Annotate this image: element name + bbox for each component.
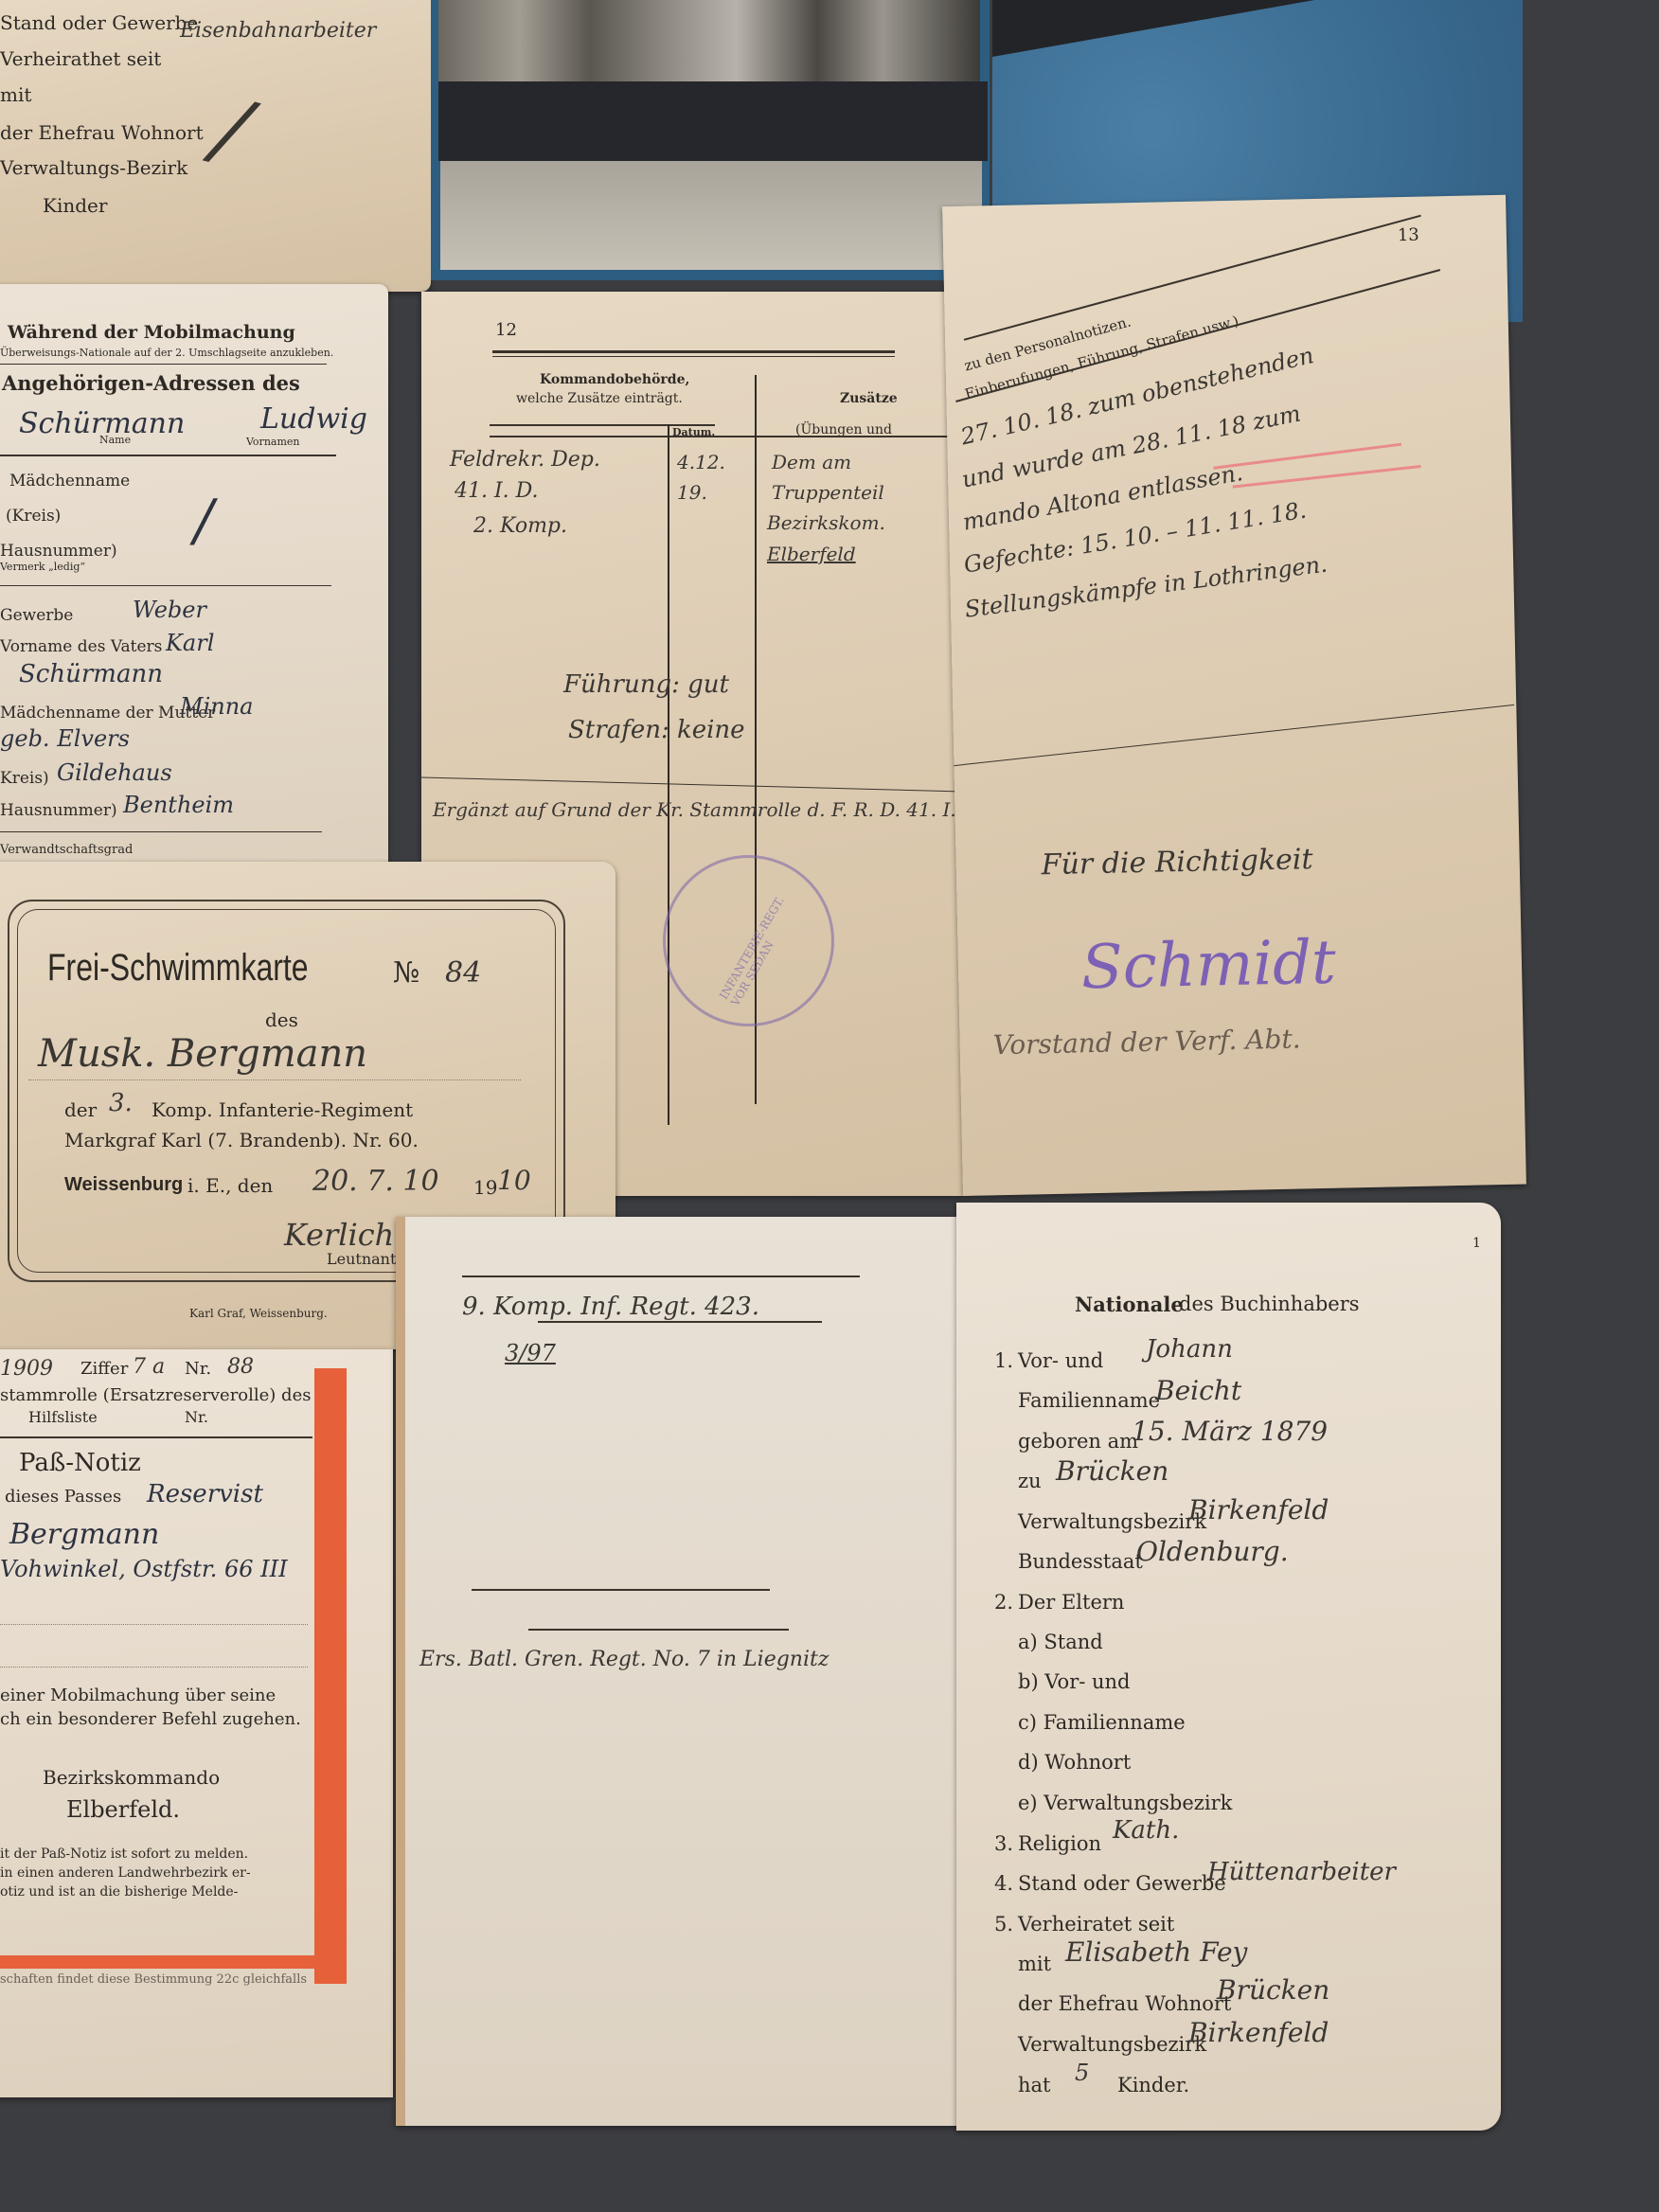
certification: Für die Richtigkeit <box>1041 843 1313 882</box>
field-label: Religion <box>1018 1832 1101 1855</box>
field-label: Bundesstaat <box>1018 1550 1143 1573</box>
mobil-field-label: (Kreis) <box>6 507 61 526</box>
mobil-field-value: geb. Elvers <box>0 725 130 752</box>
field-label: Vor- und <box>1018 1349 1103 1372</box>
mobil-field-value: Schürmann <box>19 660 163 688</box>
field-value: Elisabeth Fey <box>1065 1936 1247 1968</box>
authority-line: Bezirkskommando <box>43 1766 220 1789</box>
red-underline <box>1213 443 1401 470</box>
number-label: № <box>393 956 419 990</box>
field-value: Birkenfeld <box>1188 1494 1329 1525</box>
field-label: e) Verwaltungsbezirk <box>1018 1792 1232 1814</box>
footer-line: schaften findet diese Bestimmung 22c gle… <box>0 1972 307 1987</box>
red-underline <box>1233 465 1421 489</box>
photo-lower-part <box>440 161 982 270</box>
mobil-field-label: Verwandtschaftsgrad <box>0 843 133 857</box>
field-label: c) Familienname <box>1018 1711 1186 1734</box>
field-verheirathet-label: Verheirathet seit <box>0 47 161 70</box>
place-bold: Weissenburg <box>64 1174 183 1196</box>
mobil-field-value: Bentheim <box>123 792 234 818</box>
mobil-field-label: Mädchenname <box>9 472 130 491</box>
des-label: des <box>265 1008 298 1031</box>
inhaber-value: Bergmann <box>9 1518 159 1551</box>
field-label: mit <box>1018 1953 1051 1975</box>
page-13: 13 zu den Personalnotizen. Einberufungen… <box>942 195 1526 1196</box>
hilfsliste-nr: Nr. <box>185 1408 208 1426</box>
field-label: Verwaltungsbezirk <box>1018 1510 1206 1533</box>
col3-header-bold: Zusätze <box>840 391 898 406</box>
orange-border-vertical <box>314 1368 347 1984</box>
field-label: Der Eltern <box>1018 1591 1124 1614</box>
regiment-stamp: INFANTERIE-REGT. VOR SEDAN <box>663 855 834 1026</box>
stammrolle-line: stammrolle (Ersatzreserverolle) des <box>0 1385 311 1405</box>
mobil-name-caption: Name <box>99 434 131 446</box>
field-label: b) Vor- und <box>1018 1670 1131 1693</box>
field-label: Verheiratet seit <box>1018 1913 1174 1935</box>
field-label: zu <box>1018 1470 1042 1492</box>
inhaber-label: dieses Passes <box>5 1487 121 1507</box>
signature-caption: Vorstand der Verf. Abt. <box>992 1024 1301 1061</box>
year-value: 1909 <box>0 1357 53 1381</box>
field-stand-value: Eisenbahnarbeiter <box>180 19 376 43</box>
regiment-line-1: Komp. Infanterie-Regiment <box>152 1098 413 1121</box>
field-value: 5 <box>1075 2060 1089 2086</box>
field-label: Stand oder Gewerbe <box>1018 1872 1226 1895</box>
year-prefix: 19 <box>473 1176 497 1199</box>
mobil-field-label: Hausnummer) <box>0 542 117 561</box>
col1-header: welche Zusätze einträgt. <box>516 391 683 406</box>
mobil-vorname-caption: Vornamen <box>246 436 299 448</box>
inhaber-value: Reservist <box>147 1480 263 1508</box>
field-bezirk-label: Verwaltungs-Bezirk <box>0 156 187 179</box>
mobil-field-label: Kreis) <box>0 769 49 788</box>
elastic-band <box>438 81 988 161</box>
slash-mark: / <box>205 79 259 182</box>
field-label: der Ehefrau Wohnort <box>1018 1992 1231 2015</box>
page-number: 1 <box>1472 1236 1481 1251</box>
field-value: Johann <box>1146 1335 1233 1364</box>
hilfsliste-label: Hilfsliste <box>28 1408 98 1426</box>
field-value: Birkenfeld <box>1188 2017 1329 2048</box>
holder-name: Musk. Bergmann <box>38 1032 367 1076</box>
col1-header-bold: Kommandobehörde, <box>540 372 689 387</box>
mobil-field-label: Gewerbe <box>0 606 73 625</box>
entry-behoerde: Feldrekr. Dep. <box>450 448 600 472</box>
authority-city: Elberfeld. <box>66 1796 180 1823</box>
der-label: der <box>64 1098 97 1121</box>
notice-line: ch ein besonderer Befehl zugehen. <box>0 1709 301 1729</box>
field-num: 3. <box>994 1832 1013 1855</box>
field-value: Oldenburg. <box>1136 1536 1289 1567</box>
mobil-field-value: / <box>194 488 213 554</box>
footer-line: it der Paß-Notiz ist sofort zu melden. <box>0 1846 248 1862</box>
officer-signature: Kerlich <box>284 1217 394 1253</box>
field-num: 5. <box>994 1913 1013 1935</box>
field-value: 15. März 1879 <box>1132 1416 1328 1447</box>
notice-line: einer Mobilmachung über seine <box>0 1686 276 1705</box>
field-kinder-label: Kinder <box>43 194 107 217</box>
mobilization-address-card: Während der Mobilmachung Überweisungs-Na… <box>0 284 388 869</box>
mobil-heading: Während der Mobilmachung <box>8 322 295 343</box>
mobil-section-title: Angehörigen-Adressen des <box>2 371 300 395</box>
date-value: 20. 7. 10 <box>312 1165 439 1198</box>
mobil-field-label: Hausnummer) <box>0 801 117 820</box>
nr-label: Nr. <box>185 1359 211 1379</box>
kompanie-value: 3. <box>109 1089 133 1117</box>
ziffer-label: Ziffer <box>80 1359 128 1379</box>
nr-value: 88 <box>227 1355 254 1379</box>
page-number: 12 <box>495 320 517 340</box>
mobil-field-value: Minna <box>180 693 253 720</box>
field-mit-label: mit <box>0 83 31 106</box>
ziffer-value: 7 a <box>133 1355 165 1379</box>
footer-line: in einen anderen Landwehrbezirk er- <box>0 1865 251 1881</box>
field-label: a) Stand <box>1018 1631 1103 1653</box>
entry-datum: 4.12. <box>677 451 725 473</box>
field-value: Kath. <box>1113 1816 1179 1845</box>
entry-behoerde: 2. Komp. <box>473 514 567 538</box>
mobil-field-value: Gildehaus <box>57 759 172 786</box>
elastic-band <box>992 0 1523 57</box>
regiment-line-2: Markgraf Karl (7. Brandenb). Nr. 60. <box>64 1129 419 1151</box>
year-value: 10 <box>497 1165 531 1196</box>
field-label: hat <box>1018 2074 1050 2096</box>
bottom-line: Ergänzt auf Grund der Kr. Stammrolle d. … <box>433 798 983 821</box>
place-rest: i. E., den <box>187 1174 273 1197</box>
pass-notiz-heading: Paß-Notiz <box>19 1449 141 1477</box>
number-value: 84 <box>445 956 481 990</box>
note-strafen: Strafen: keine <box>568 716 745 744</box>
photo-with-band <box>431 0 990 280</box>
field-label: d) Wohnort <box>1018 1751 1131 1774</box>
footer-line: otiz und ist an die bisherige Melde- <box>0 1884 238 1900</box>
mobil-vorname-value: Ludwig <box>260 402 367 436</box>
kinder-label: Kinder. <box>1117 2074 1189 2096</box>
soldier-photo <box>438 0 980 87</box>
title-bold: Nationale <box>1075 1293 1184 1316</box>
card-title: Frei-Schwimmkarte <box>47 947 309 990</box>
entry-behoerde: 41. I. D. <box>455 479 539 503</box>
entry-zusatz: Truppenteil <box>772 481 884 504</box>
field-value: Beicht <box>1155 1375 1241 1406</box>
field-wohnort-label: der Ehefrau Wohnort <box>0 121 204 144</box>
mobil-subheading: Überweisungs-Nationale auf der 2. Umschl… <box>0 347 333 359</box>
page-number: 13 <box>1398 225 1419 245</box>
faded-pass-page: 9. Komp. Inf. Regt. 423. 3/97 Ers. Batl.… <box>396 1217 959 2126</box>
title-rest: des Buchinhabers <box>1179 1293 1360 1315</box>
top-left-document-card: Stand oder Gewerbe Eisenbahnarbeiter Ver… <box>0 0 431 292</box>
field-value: Hüttenarbeiter <box>1207 1858 1396 1886</box>
entry-zusatz: Dem am <box>772 451 851 473</box>
violet-signature: Schmidt <box>1080 928 1336 1004</box>
field-label: geboren am <box>1018 1430 1138 1453</box>
entry-zusatz: Bezirkskom. <box>767 511 885 534</box>
pass-notiz-card: 1909 Ziffer 7 a Nr. 88 stammrolle (Ersat… <box>0 1349 393 2097</box>
mobil-field-label: Vermerk „ledig“ <box>0 561 85 573</box>
mobil-field-label: Vorname des Vaters <box>0 637 162 656</box>
orange-border-horizontal <box>0 1955 343 1969</box>
field-num: 2. <box>994 1591 1013 1614</box>
field-label: Familienname <box>1018 1389 1160 1412</box>
field-value: Brücken <box>1056 1455 1168 1487</box>
field-value: Brücken <box>1217 1974 1329 2006</box>
field-stand-label: Stand oder Gewerbe <box>0 11 198 34</box>
bottom-line: Ers. Batl. Gren. Regt. No. 7 in Liegnitz <box>419 1648 829 1671</box>
field-label: Verwaltungsbezirk <box>1018 2033 1206 2056</box>
officer-rank: Leutnant. <box>327 1250 401 1268</box>
field-num: 4. <box>994 1872 1013 1895</box>
note-fuehrung: Führung: gut <box>563 670 729 699</box>
inhaber-value: Vohwinkel, Ostfstr. 66 III <box>0 1556 288 1582</box>
field-num: 1. <box>994 1349 1013 1372</box>
mobil-field-value: Weber <box>133 597 206 623</box>
unit-line: 9. Komp. Inf. Regt. 423. <box>462 1293 759 1321</box>
entry-zusatz: Elberfeld <box>767 543 856 565</box>
number-line: 3/97 <box>505 1340 556 1366</box>
printer-credit: Karl Graf, Weissenburg. <box>189 1307 328 1320</box>
nationale-page: 1 Nationale des Buchinhabers 1. Vor- und… <box>956 1203 1501 2131</box>
entry-datum: 19. <box>677 481 707 504</box>
mobil-field-value: Karl <box>166 630 214 656</box>
